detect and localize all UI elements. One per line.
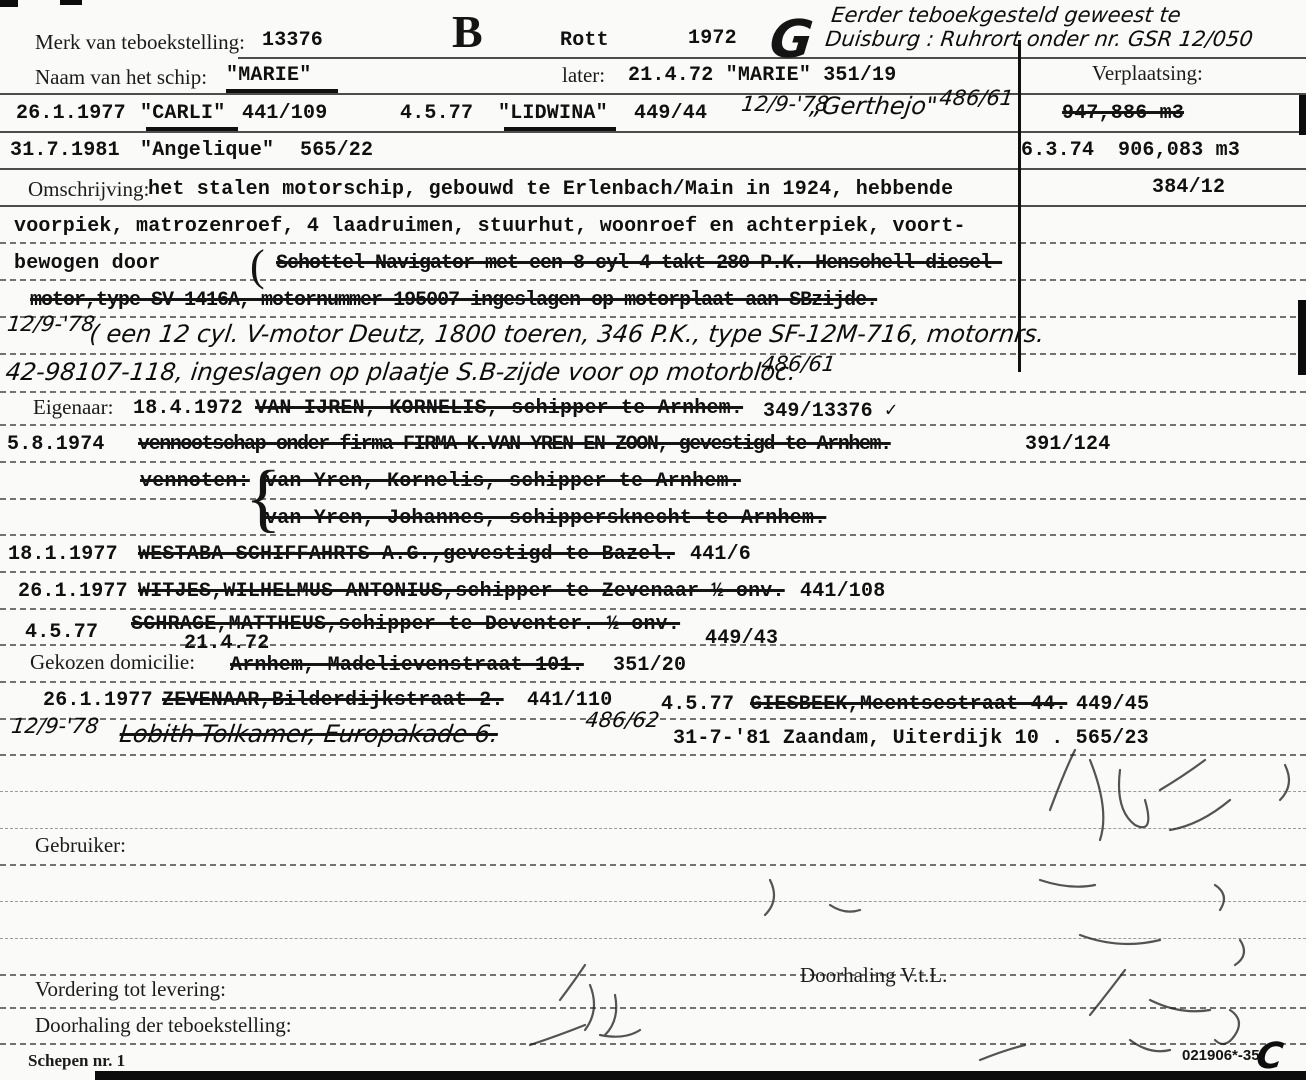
- naam-label: Naam van het schip:: [35, 65, 207, 90]
- owner5-date: 4.5.77: [25, 621, 98, 644]
- rule-line: [0, 974, 1306, 976]
- verplaatsing-date: 6.3.74: [1021, 139, 1094, 162]
- rename2-date: 4.5.77: [400, 102, 473, 125]
- scan-bottom-bar: [95, 1071, 1306, 1080]
- rule-line: [0, 608, 1306, 610]
- rename3-name: „Gerthejo": [808, 92, 939, 120]
- domicilie-date-above: 21.4.72: [184, 632, 269, 655]
- domicilie3-date: 4.5.77: [661, 693, 734, 716]
- omschrijving-label: Omschrijving:: [28, 177, 149, 202]
- omschrijving-line4-struck: motor,type SV 1416A, motornummer 195007 …: [30, 289, 877, 312]
- registration-letter-g: G: [767, 14, 815, 66]
- owner4-text: WITJES,WILHELMUS ANTONIUS,schipper te Ze…: [138, 580, 785, 603]
- rename4-ref: 565/22: [300, 139, 373, 162]
- domicilie4-date: 12/9-'78: [10, 714, 100, 738]
- rule-line: [0, 828, 1306, 829]
- rule-line: [0, 279, 1306, 281]
- omschrijving-line3-prefix: bewogen door: [14, 252, 160, 275]
- rule-line: [0, 242, 1306, 244]
- ship-registration-card: Merk van teboekstelling: 13376 B Rott 19…: [0, 0, 1306, 1080]
- verplaatsing-label: Verplaatsing:: [1092, 61, 1203, 86]
- motor-hand-date: 12/9-'78: [6, 312, 96, 336]
- owner3-ref: 441/6: [690, 543, 751, 566]
- rename4-name: "Angelique": [140, 139, 274, 162]
- domicilie3-text: GIESBEEK,Meentsestraat 44.: [750, 693, 1067, 716]
- rule-line: [0, 1043, 1306, 1045]
- rule-line: [0, 391, 1306, 393]
- owner3-text: WESTABA-SCHIFFAHRTS-A.G.,gevestigd te Ba…: [138, 543, 675, 566]
- open-brace: (: [250, 240, 265, 291]
- rename4-date: 31.7.1981: [10, 139, 120, 162]
- owner1-date: 18.4.1972: [133, 397, 243, 420]
- rule-line: [0, 1007, 1306, 1009]
- motor-hand-ref: 486/61: [760, 352, 837, 376]
- handwritten-scribbles: [0, 0, 1306, 1080]
- rule-line: [0, 353, 1306, 355]
- handwritten-note-line1: Eerder teboekgesteld geweest te: [830, 3, 1182, 27]
- vennoot2-text: van Yren, Johannes, schippersknecht te A…: [265, 507, 826, 530]
- registration-number: 13376: [262, 29, 323, 52]
- later-name-entry: 21.4.72 "MARIE" 351/19: [628, 64, 896, 87]
- owner1-text: VAN IJREN, KORNELIS, schipper te Arnhem.: [255, 397, 743, 420]
- domicilie4-ref: 486/62: [584, 708, 661, 732]
- rule-line: [0, 131, 1306, 133]
- rule-line: [0, 938, 1306, 939]
- rule-line: [0, 534, 1306, 536]
- merk-label: Merk van teboekstelling:: [35, 30, 245, 55]
- rename3-ref: 486/61: [938, 86, 1015, 110]
- gebruiker-label: Gebruiker:: [35, 833, 126, 858]
- heavy-underline: [226, 89, 338, 93]
- scan-edge-mark: [1298, 300, 1306, 375]
- ship-name: "MARIE": [226, 64, 311, 87]
- owner2-text: vennootschap onder firma FIRMA K.VAN YRE…: [138, 433, 891, 456]
- omschrijving-line2: voorpiek, matrozenroef, 4 laadruimen, st…: [14, 215, 966, 238]
- form-name: Schepen nr. 1: [28, 1051, 125, 1071]
- scan-edge-mark: [60, 0, 82, 5]
- domicilie2-date: 26.1.1977: [43, 689, 153, 712]
- rule-line: [0, 901, 1306, 902]
- omschrijving-line1: het stalen motorschip, gebouwd te Erlenb…: [148, 178, 953, 201]
- rename1-date: 26.1.1977: [16, 102, 126, 125]
- scan-edge-mark: [1299, 95, 1306, 135]
- domicilie5-entry: 31-7-'81 Zaandam, Uiterdijk 10 . 565/23: [673, 727, 1149, 750]
- owner5-ref: 449/43: [705, 627, 778, 650]
- motor-hand-line2: 42-98107-118, ingeslagen op plaatje S.B-…: [4, 358, 798, 386]
- domicilie1-ref: 351/20: [613, 654, 686, 677]
- registration-year: 1972: [688, 27, 737, 50]
- later-label: later:: [562, 63, 605, 88]
- rule-line: [0, 93, 1306, 95]
- verplaatsing-old-value: 947,886 m3: [1062, 102, 1184, 125]
- omschrijving-line3-struck: Schottel Navigator met een 8 cyl 4 takt …: [276, 252, 1002, 275]
- rule-line: [0, 681, 1306, 683]
- rule-line: [0, 168, 1306, 170]
- owner4-date: 26.1.1977: [18, 580, 128, 603]
- vordering-label: Vordering tot levering:: [35, 977, 226, 1002]
- rule-line: [0, 498, 1306, 500]
- rule-line: [0, 571, 1306, 573]
- vennoten-label: vennoten:: [140, 470, 250, 493]
- domicilie4-text: Lobith-Tolkamer, Europakade 6.: [118, 720, 500, 748]
- rule-line: [0, 205, 1306, 207]
- rename2-ref: 449/44: [634, 102, 707, 125]
- rule-line: [0, 864, 1306, 866]
- rename2-name: "LIDWINA": [498, 102, 608, 125]
- domicilie3-ref: 449/45: [1076, 693, 1149, 716]
- rule-line: [0, 461, 1306, 463]
- domicilie-label: Gekozen domicilie:: [30, 650, 195, 675]
- rename1-ref: 441/109: [242, 102, 327, 125]
- eigenaar-label: Eigenaar:: [33, 395, 113, 420]
- heavy-underline: [504, 127, 616, 131]
- rule-line: [0, 424, 1306, 426]
- owner2-ref: 391/124: [1025, 433, 1110, 456]
- doorhaling-vtl-label: Doorhaling V.t.L.: [800, 963, 947, 988]
- registration-office: Rott: [560, 29, 609, 52]
- domicilie2-text: ZEVENAAR,Bilderdijkstraat 2.: [162, 689, 504, 712]
- rename1-name: "CARLI": [140, 102, 225, 125]
- owner2-date: 5.8.1974: [7, 433, 105, 456]
- doorhaling-teboek-label: Doorhaling der teboekstelling:: [35, 1013, 292, 1038]
- verplaatsing-value: 906,083 m3: [1118, 139, 1240, 162]
- scan-edge-mark: [0, 0, 18, 7]
- motor-hand-line1: ( een 12 cyl. V-motor Deutz, 1800 toeren…: [88, 320, 1046, 348]
- domicilie1-text: Arnhem, Madelievenstraat 101.: [230, 654, 584, 677]
- heavy-underline: [146, 127, 238, 131]
- owner1-ref: 349/13376 ✓: [763, 397, 897, 423]
- registration-letter: B: [452, 9, 483, 55]
- handwritten-note-line2: Duisburg : Ruhrort onder nr. GSR 12/050: [824, 27, 1254, 51]
- rule-line: [0, 754, 1306, 756]
- rule-line: [0, 316, 1306, 318]
- form-code: 021906*-35: [1182, 1047, 1260, 1064]
- rule-line: [0, 791, 1306, 792]
- owner4-ref: 441/108: [800, 580, 885, 603]
- vennoot1-text: van Yren, Kornelis, schipper te Arnhem.: [265, 470, 741, 493]
- verplaatsing-ref: 384/12: [1152, 176, 1225, 199]
- owner3-date: 18.1.1977: [8, 543, 118, 566]
